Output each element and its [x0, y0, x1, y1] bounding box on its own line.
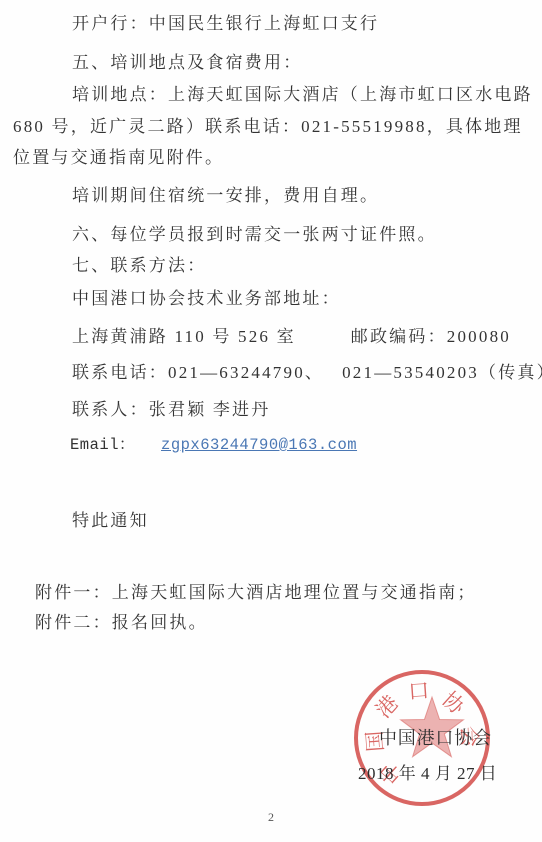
phone-number-2: 021—53540203（传真） — [342, 362, 542, 384]
paragraph-attachment-2: 附件二：报名回执。 — [35, 612, 208, 634]
postal-code: 邮政编码：200080 — [351, 326, 511, 348]
paragraph-contacts: 联系人：张君颖 李进丹 — [72, 399, 270, 421]
paragraph-section7-title: 七、联系方法： — [72, 255, 206, 277]
signature-org: 中国港口协会 — [379, 724, 492, 750]
paragraph-location-1: 培训地点：上海天虹国际大酒店（上海市虹口区水电路 — [72, 84, 533, 106]
paragraph-location-2: 680 号，近广灵二路）联系电话：021-55519988，具体地理 — [13, 116, 523, 138]
page-number: 2 — [0, 810, 542, 825]
phone-number-1: 联系电话：021—63244790、 — [72, 363, 324, 382]
paragraph-notice-close: 特此通知 — [72, 510, 149, 532]
paragraph-attachment-1: 附件一：上海天虹国际大酒店地理位置与交通指南； — [35, 582, 477, 604]
paragraph-bank-line: 开户行：中国民生银行上海虹口支行 — [72, 13, 379, 35]
paragraph-section6: 六、每位学员报到时需交一张两寸证件照。 — [72, 224, 437, 246]
email-link[interactable]: zgpx63244790@163.com — [161, 436, 357, 454]
paragraph-street-postal: 上海黄浦路 110 号 526 室邮政编码：200080 — [72, 326, 511, 348]
email-label: Email： — [70, 436, 135, 454]
street-address: 上海黄浦路 110 号 526 室 — [72, 327, 296, 346]
seal-char-icon: 口 — [407, 678, 430, 703]
paragraph-dept-address: 中国港口协会技术业务部地址： — [72, 288, 341, 310]
seal-char-icon: 港 — [371, 691, 403, 723]
paragraph-phones: 联系电话：021—63244790、021—53540203（传真） — [72, 362, 542, 384]
paragraph-lodging: 培训期间住宿统一安排，费用自理。 — [72, 185, 379, 207]
paragraph-location-3: 位置与交通指南见附件。 — [13, 147, 224, 169]
paragraph-section5-title: 五、培训地点及食宿费用： — [72, 52, 302, 74]
document-page: 开户行：中国民生银行上海虹口支行 五、培训地点及食宿费用： 培训地点：上海天虹国… — [0, 0, 542, 842]
paragraph-email: Email：zgpx63244790@163.com — [70, 434, 357, 456]
seal-char-icon: 协 — [438, 687, 470, 720]
signature-date: 2018 年 4 月 27 日 — [358, 759, 497, 784]
